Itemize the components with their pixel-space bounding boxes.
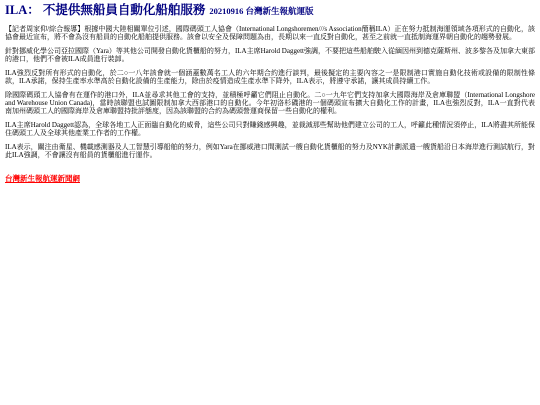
article-title-row: ILA： 不提供無船員自動化船舶服務20210916 台灣新生報航運版 [5, 3, 535, 19]
footer-link-row: 台灣新生報航運新聞網 [5, 168, 535, 186]
article-paragraph-4: 除國際碼頭工人協會有在運作的港口外，ILA並尋求其他工會的支持，並積極呼籲它們阻… [5, 91, 535, 115]
article-body: 【記者周家仰/綜合報導】根據中國大陸相關單位引述，國際碼頭工人協會（Intern… [5, 25, 535, 159]
news-site-link[interactable]: 台灣新生報航運新聞網 [5, 174, 80, 183]
article-paragraph-1: 【記者周家仰/綜合報導】根據中國大陸相關單位引述，國際碼頭工人協會（Intern… [5, 25, 535, 41]
article-paragraph-5: ILA主席Harold Daggett認為，全球各地工人正面臨自動化的威脅，這些… [5, 121, 535, 137]
article-date-source: 20210916 台灣新生報航運版 [209, 6, 313, 16]
article-paragraph-3: ILA強烈反對所有形式的自動化，於二○一八年該會就一個涵蓋數萬名工人的六年期合約… [5, 69, 535, 85]
article-title: ILA： 不提供無船員自動化船舶服務 [5, 3, 205, 17]
article-paragraph-2: 針對挪威化學公司亞拉國際（Yara）等其他公司開發自動化貨櫃船的努力，ILA主席… [5, 47, 535, 63]
article-paragraph-6: ILA表示，關注由衛星、機載感測器及人工智慧引導船舶的努力，例如Yara在挪威港… [5, 143, 535, 159]
article-page: ILA： 不提供無船員自動化船舶服務20210916 台灣新生報航運版 【記者周… [0, 0, 540, 186]
